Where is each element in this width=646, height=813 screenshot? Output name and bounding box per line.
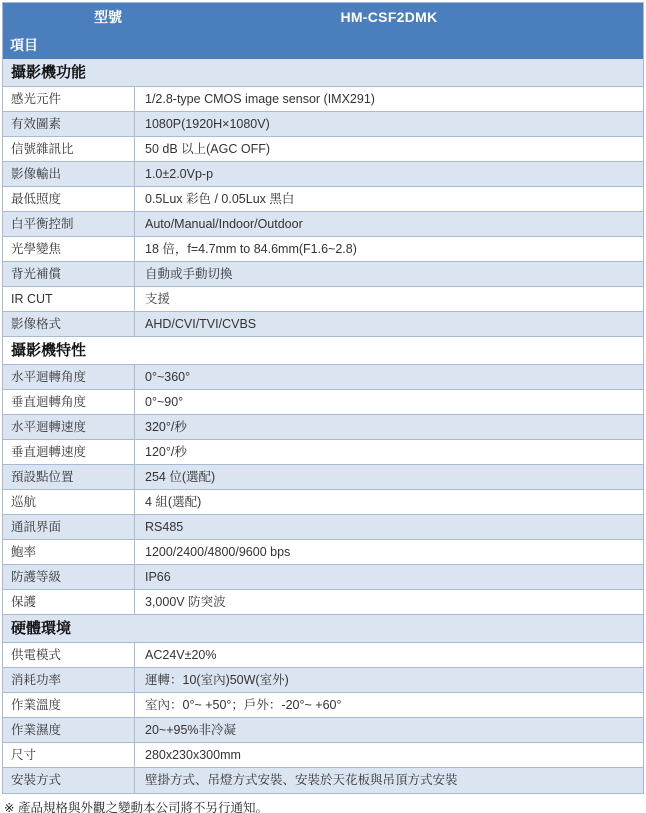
spec-row: 信號雜訊比50 dB 以上(AGC OFF) xyxy=(3,137,643,162)
spec-table: 型號 HM-CSF2DMK 項目 攝影機功能感光元件1/2.8-type CMO… xyxy=(2,2,644,794)
spec-label: 感光元件 xyxy=(3,87,135,111)
spec-value: 20~+95%非冷凝 xyxy=(135,718,643,742)
spec-label: 安裝方式 xyxy=(3,768,135,793)
spec-label: 最低照度 xyxy=(3,187,135,211)
spec-label: 預設點位置 xyxy=(3,465,135,489)
spec-value: 18 倍，f=4.7mm to 84.6mm(F1.6~2.8) xyxy=(135,237,643,261)
spec-value: 0.5Lux 彩色 / 0.05Lux 黑白 xyxy=(135,187,643,211)
spec-row: 通訊界面RS485 xyxy=(3,515,643,540)
spec-row: 影像格式AHD/CVI/TVI/CVBS xyxy=(3,312,643,337)
spec-row: 供電模式AC24V±20% xyxy=(3,643,643,668)
spec-value: 1200/2400/4800/9600 bps xyxy=(135,540,643,564)
spec-label: 鮑率 xyxy=(3,540,135,564)
spec-value: 0°~90° xyxy=(135,390,643,414)
header-row-model: 型號 HM-CSF2DMK xyxy=(3,3,643,31)
spec-label: 供電模式 xyxy=(3,643,135,667)
spec-value: 280x230x300mm xyxy=(135,743,643,767)
spec-row: 影像輸出1.0±2.0Vp-p xyxy=(3,162,643,187)
section-header: 硬體環境 xyxy=(3,615,643,643)
spec-row: 預設點位置254 位(選配) xyxy=(3,465,643,490)
spec-body: 攝影機功能感光元件1/2.8-type CMOS image sensor (I… xyxy=(3,59,643,793)
spec-value: RS485 xyxy=(135,515,643,539)
spec-label: 水平迴轉速度 xyxy=(3,415,135,439)
header-row-item: 項目 xyxy=(3,31,643,59)
spec-label: 有效圖素 xyxy=(3,112,135,136)
spec-value: IP66 xyxy=(135,565,643,589)
spec-value: 1/2.8-type CMOS image sensor (IMX291) xyxy=(135,87,643,111)
spec-row: 保護3,000V 防突波 xyxy=(3,590,643,615)
spec-row: 作業溫度室內：0°~ +50°；戶外：-20°~ +60° xyxy=(3,693,643,718)
spec-value: 4 組(選配) xyxy=(135,490,643,514)
spec-label: 影像格式 xyxy=(3,312,135,336)
footnote: ※ 產品規格與外觀之變動本公司將不另行通知。 xyxy=(4,798,646,813)
spec-row: 垂直迴轉角度0°~90° xyxy=(3,390,643,415)
spec-value: 自動或手動切換 xyxy=(135,262,643,286)
spec-value: 0°~360° xyxy=(135,365,643,389)
section-header: 攝影機功能 xyxy=(3,59,643,87)
spec-label: 防護等級 xyxy=(3,565,135,589)
spec-row: IR CUT支援 xyxy=(3,287,643,312)
spec-row: 防護等級IP66 xyxy=(3,565,643,590)
spec-label: 通訊界面 xyxy=(3,515,135,539)
spec-row: 有效圖素1080P(1920H×1080V) xyxy=(3,112,643,137)
spec-row: 安裝方式壁掛方式、吊燈方式安裝、安裝於天花板與吊頂方式安裝 xyxy=(3,768,643,793)
spec-label: 保護 xyxy=(3,590,135,614)
spec-label: 背光補償 xyxy=(3,262,135,286)
spec-row: 尺寸280x230x300mm xyxy=(3,743,643,768)
spec-value: 50 dB 以上(AGC OFF) xyxy=(135,137,643,161)
spec-value: 320°/秒 xyxy=(135,415,643,439)
spec-value: AHD/CVI/TVI/CVBS xyxy=(135,312,643,336)
model-number: HM-CSF2DMK xyxy=(135,3,643,31)
spec-label: 光學變焦 xyxy=(3,237,135,261)
spec-value: 室內：0°~ +50°；戶外：-20°~ +60° xyxy=(135,693,643,717)
spec-row: 感光元件1/2.8-type CMOS image sensor (IMX291… xyxy=(3,87,643,112)
spec-row: 最低照度0.5Lux 彩色 / 0.05Lux 黑白 xyxy=(3,187,643,212)
spec-label: 白平衡控制 xyxy=(3,212,135,236)
spec-row: 鮑率1200/2400/4800/9600 bps xyxy=(3,540,643,565)
spec-label: 垂直迴轉角度 xyxy=(3,390,135,414)
spec-label: IR CUT xyxy=(3,287,135,311)
spec-row: 水平迴轉角度0°~360° xyxy=(3,365,643,390)
spec-value: 運轉：10(室內)50W(室外) xyxy=(135,668,643,692)
spec-value: Auto/Manual/Indoor/Outdoor xyxy=(135,212,643,236)
spec-value: 3,000V 防突波 xyxy=(135,590,643,614)
spec-label: 消耗功率 xyxy=(3,668,135,692)
spec-label: 作業溫度 xyxy=(3,693,135,717)
spec-value: 支援 xyxy=(135,287,643,311)
section-header: 攝影機特性 xyxy=(3,337,643,365)
spec-label: 垂直迴轉速度 xyxy=(3,440,135,464)
spec-row: 背光補償自動或手動切換 xyxy=(3,262,643,287)
spec-row: 白平衡控制Auto/Manual/Indoor/Outdoor xyxy=(3,212,643,237)
spec-row: 水平迴轉速度320°/秒 xyxy=(3,415,643,440)
item-label: 項目 xyxy=(3,37,38,53)
spec-row: 垂直迴轉速度120°/秒 xyxy=(3,440,643,465)
spec-value: 254 位(選配) xyxy=(135,465,643,489)
spec-value: 1080P(1920H×1080V) xyxy=(135,112,643,136)
spec-label: 尺寸 xyxy=(3,743,135,767)
spec-label: 水平迴轉角度 xyxy=(3,365,135,389)
spec-value: 壁掛方式、吊燈方式安裝、安裝於天花板與吊頂方式安裝 xyxy=(135,768,643,793)
spec-label: 信號雜訊比 xyxy=(3,137,135,161)
spec-label: 巡航 xyxy=(3,490,135,514)
spec-label: 影像輸出 xyxy=(3,162,135,186)
spec-value: 120°/秒 xyxy=(135,440,643,464)
spec-row: 作業濕度20~+95%非冷凝 xyxy=(3,718,643,743)
spec-label: 作業濕度 xyxy=(3,718,135,742)
spec-value: AC24V±20% xyxy=(135,643,643,667)
spec-row: 巡航4 組(選配) xyxy=(3,490,643,515)
spec-value: 1.0±2.0Vp-p xyxy=(135,162,643,186)
table-header: 型號 HM-CSF2DMK 項目 xyxy=(3,3,643,59)
spec-row: 消耗功率運轉：10(室內)50W(室外) xyxy=(3,668,643,693)
spec-row: 光學變焦18 倍，f=4.7mm to 84.6mm(F1.6~2.8) xyxy=(3,237,643,262)
